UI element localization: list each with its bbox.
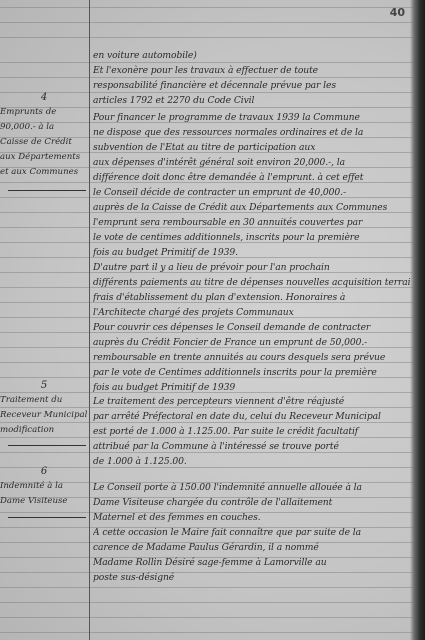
- text-line: attribué par la Commune à l'intéressé se…: [93, 439, 411, 454]
- margin-divider: [89, 0, 90, 640]
- text-line: Pour couvrir ces dépenses le Conseil dem…: [93, 320, 411, 335]
- text-line: fois au budget Primitif de 1939.: [93, 245, 411, 260]
- text-line: Et l'exonère pour les travaux à effectue…: [93, 63, 411, 78]
- margin-line: aux Départements: [0, 150, 88, 165]
- text-line: l'emprunt sera remboursable en 30 annuit…: [93, 215, 411, 230]
- separator-rule: [8, 190, 86, 191]
- entry-3-continuation: en voiture automobile) Et l'exonère pour…: [93, 48, 411, 108]
- text-line: de 1.000 à 1.125.00.: [93, 454, 411, 469]
- text-line: subvention de l'Etat au titre de partici…: [93, 140, 411, 155]
- entry-number: 6: [0, 464, 88, 479]
- margin-note-6: 6 Indemnité à la Dame Visiteuse: [0, 464, 88, 509]
- text-line: Le Conseil porte à 150.00 l'indemnité an…: [93, 480, 411, 495]
- text-line: aux dépenses d'intérêt général soit envi…: [93, 155, 411, 170]
- text-line: carence de Madame Paulus Gérardin, il a …: [93, 540, 411, 555]
- text-line: Le traitement des percepteurs viennent d…: [93, 394, 411, 409]
- margin-line: Receveur Municipal: [0, 408, 88, 423]
- text-line: frais d'établissement du plan d'extensio…: [93, 290, 411, 305]
- text-line: différents paiements au titre de dépense…: [93, 275, 411, 290]
- separator-rule: [8, 445, 86, 446]
- margin-line: Indemnité à la: [0, 479, 88, 494]
- entry-5-salary: Le traitement des percepteurs viennent d…: [93, 394, 411, 469]
- text-line: fois au budget Primitif de 1939: [93, 380, 411, 395]
- margin-note-4: 4 Emprunts de 90,000.- à la Caisse de Cr…: [0, 90, 88, 180]
- text-line: est porté de 1.000 à 1.125.00. Par suite…: [93, 424, 411, 439]
- margin-line: Caisse de Crédit: [0, 135, 88, 150]
- text-line: Madame Rollin Désiré sage-femme à Lamorv…: [93, 555, 411, 570]
- page-number: 40: [390, 6, 405, 19]
- text-line: Maternel et des femmes en couches.: [93, 510, 411, 525]
- text-line: remboursable en trente annuités au cours…: [93, 350, 411, 365]
- register-page: 40 en voiture automobile) Et l'exonère p…: [0, 0, 425, 640]
- text-line: Pour financer le programme de travaux 19…: [93, 110, 411, 125]
- text-line: le vote de centimes additionnels, inscri…: [93, 230, 411, 245]
- text-line: A cette occasion le Maire fait connaître…: [93, 525, 411, 540]
- entry-number: 4: [0, 90, 88, 105]
- margin-line: et aux Communes: [0, 165, 88, 180]
- margin-line: Dame Visiteuse: [0, 494, 88, 509]
- entry-4-loans: Pour financer le programme de travaux 19…: [93, 110, 411, 395]
- text-line: différence doit donc être demandée à l'e…: [93, 170, 411, 185]
- entry-6-indemnity: Le Conseil porte à 150.00 l'indemnité an…: [93, 480, 411, 585]
- text-line: poste sus-désigné: [93, 570, 411, 585]
- margin-line: Emprunts de: [0, 105, 88, 120]
- text-line: auprès du Crédit Foncier de France un em…: [93, 335, 411, 350]
- entry-number: 5: [0, 378, 88, 393]
- text-line: articles 1792 et 2270 du Code Civil: [93, 93, 411, 108]
- text-line: le Conseil décide de contracter un empru…: [93, 185, 411, 200]
- margin-line: 90,000.- à la: [0, 120, 88, 135]
- text-line: auprès de la Caisse de Crédit aux Départ…: [93, 200, 411, 215]
- text-line: responsabilité financière et décennale p…: [93, 78, 411, 93]
- text-line: par le vote de Centimes additionnels ins…: [93, 365, 411, 380]
- text-line: Dame Visiteuse chargée du contrôle de l'…: [93, 495, 411, 510]
- text-line: l'Architecte chargé des projets Communau…: [93, 305, 411, 320]
- margin-note-5: 5 Traitement du Receveur Municipal modif…: [0, 378, 88, 438]
- separator-rule: [8, 517, 86, 518]
- margin-line: Traitement du: [0, 393, 88, 408]
- text-line: D'autre part il y a lieu de prévoir pour…: [93, 260, 411, 275]
- text-line: ne dispose que des ressources normales o…: [93, 125, 411, 140]
- text-line: en voiture automobile): [93, 48, 411, 63]
- text-line: par arrêté Préfectoral en date du, celui…: [93, 409, 411, 424]
- margin-line: modification: [0, 423, 88, 438]
